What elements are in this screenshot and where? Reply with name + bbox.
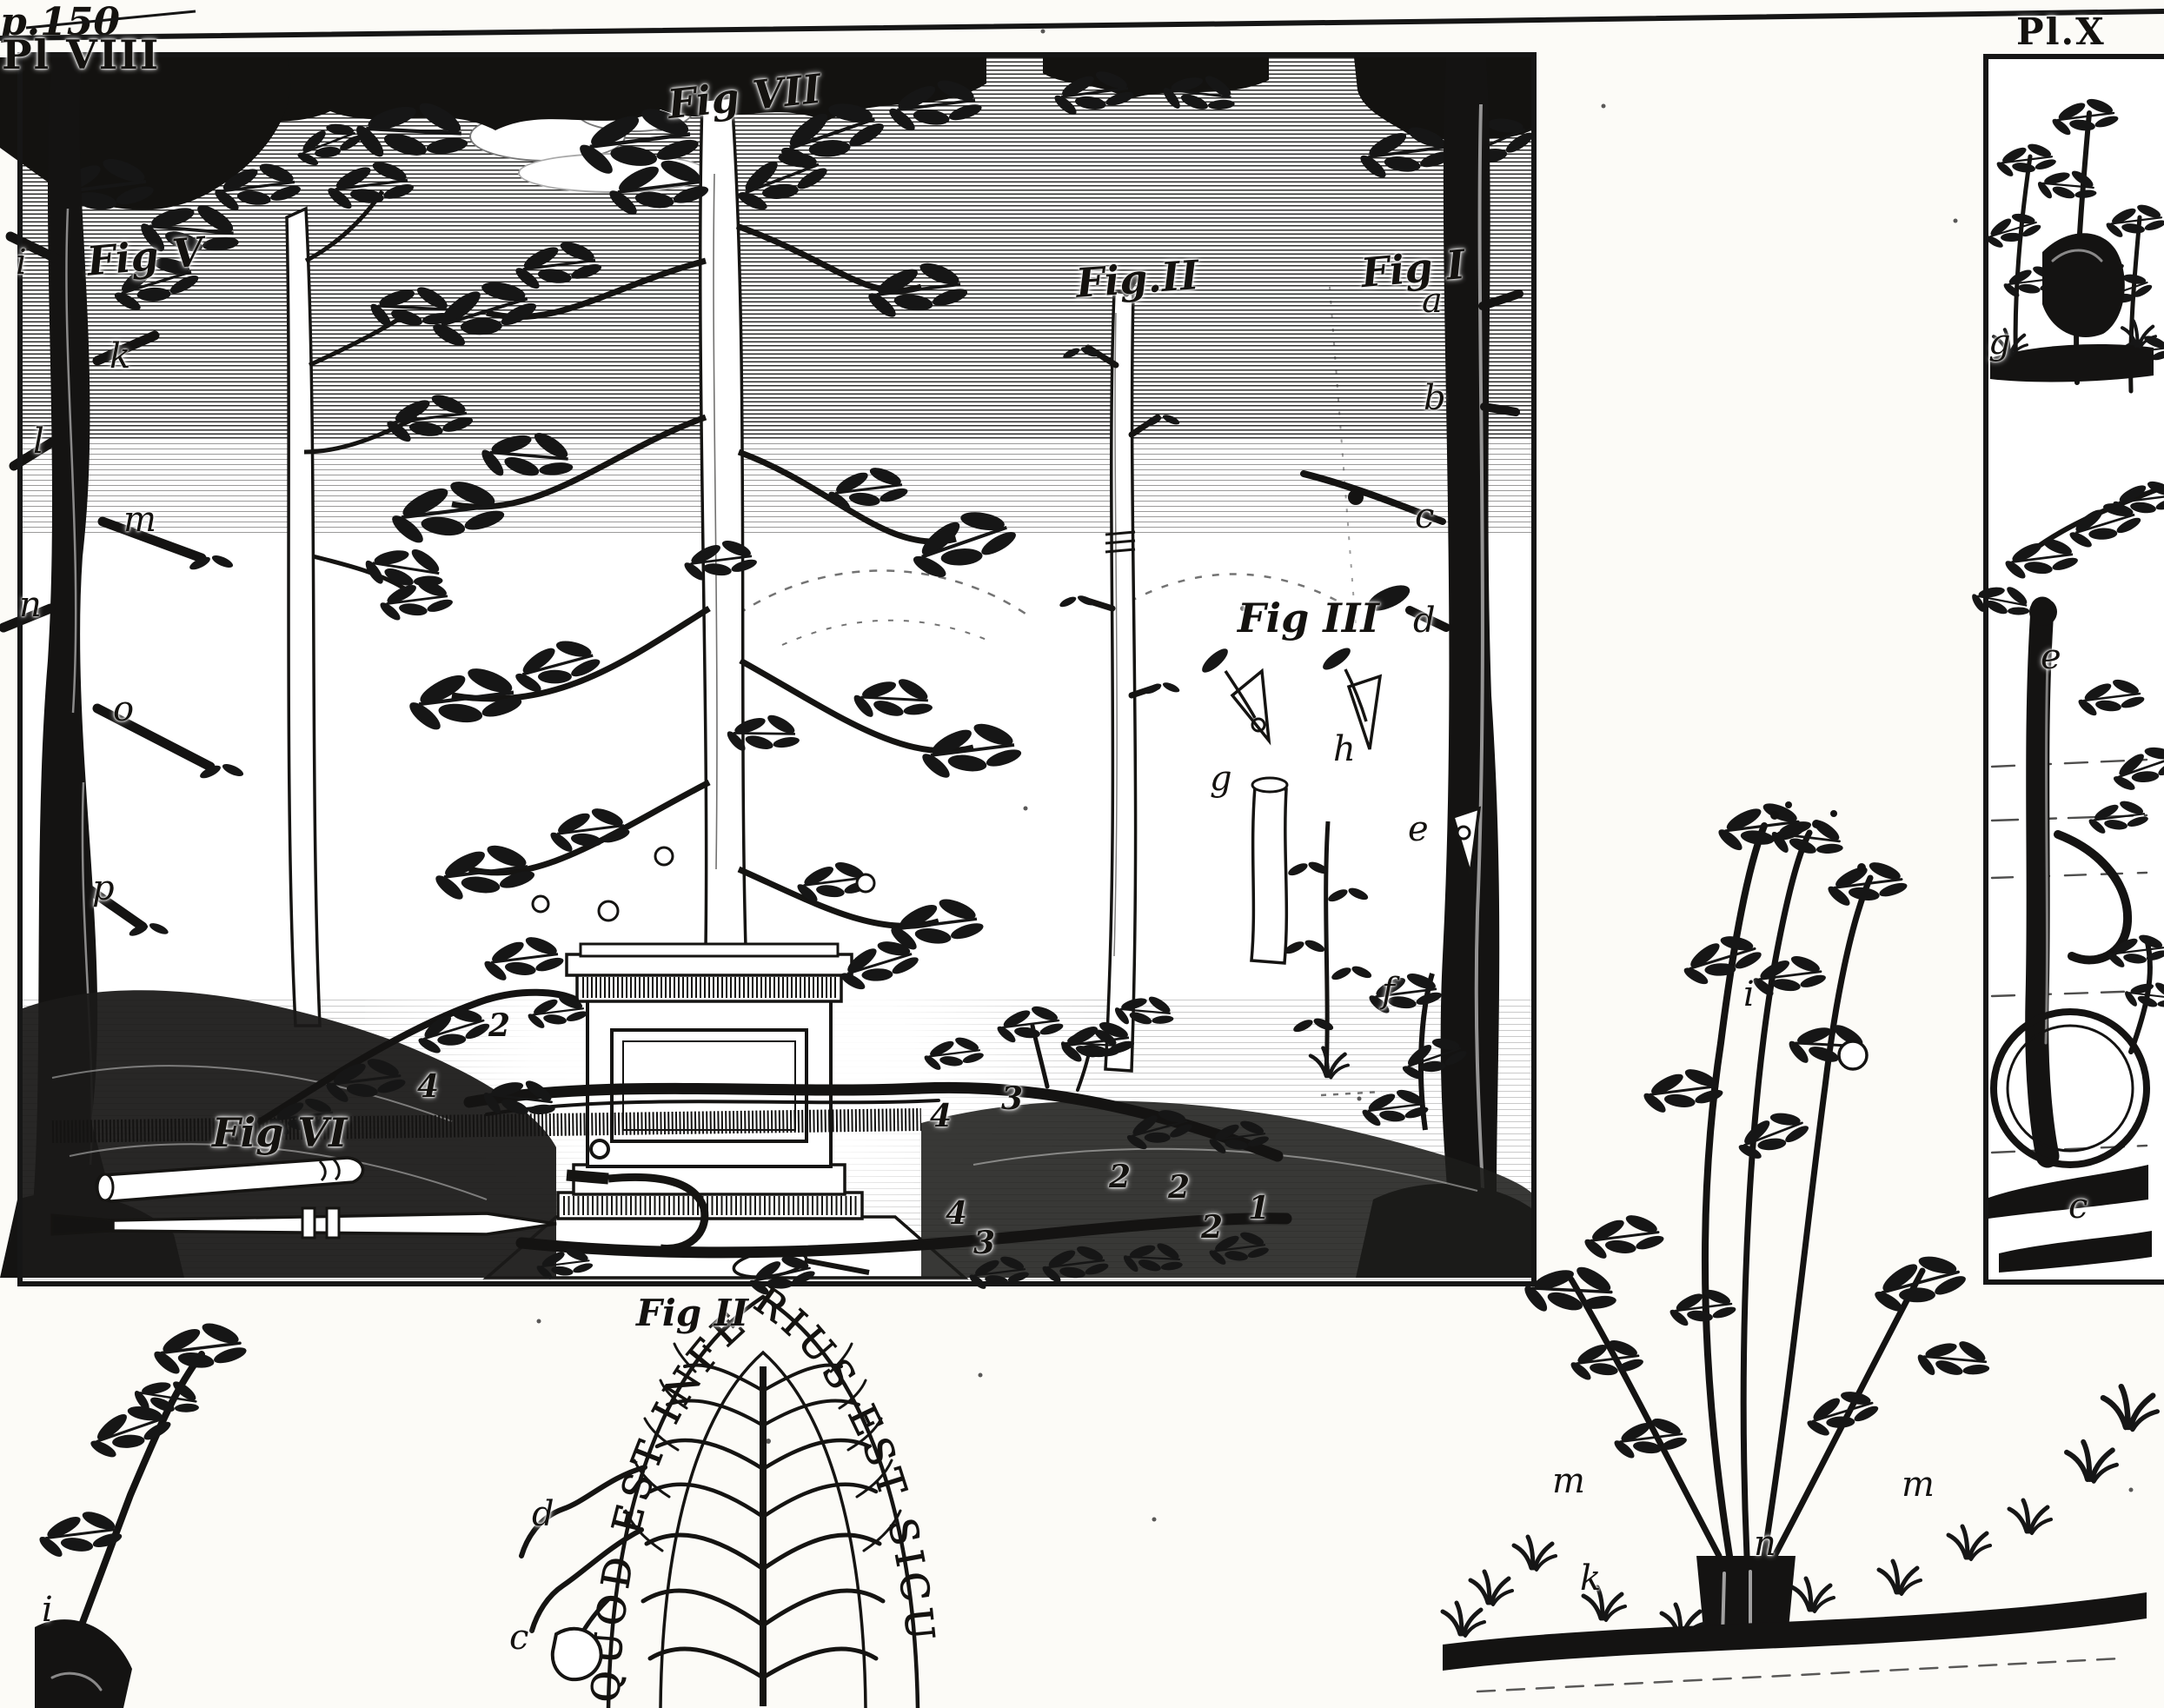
callout-b: b [1424,381,1446,415]
plx-mid-branch [1966,478,2164,628]
callout-i: i [16,245,27,280]
emblem-fig2-label: Fig II [636,1295,748,1332]
fig3-scions [1198,644,1380,1078]
plx-callout-e: e [2041,640,2061,675]
fig3-label: Fig III [1238,598,1379,638]
page-top-rule [0,11,2164,38]
number-1: 1 [1248,1193,1270,1224]
shrub-callout-k: k [1580,1561,1601,1596]
plate-number-left: Pl VIII [2,35,160,75]
callout-o: o [113,692,134,727]
callout-p: p [92,871,115,906]
fig6-label: Fig VI [212,1113,348,1153]
emblem-fig2: QUOD EST INFERIUS EST SICU [521,1279,943,1708]
callout-k: k [110,339,130,374]
shrub-callout-m-left: m [1552,1464,1585,1499]
plx-callout-c: c [2068,1189,2088,1224]
fig2-top-label: Fig.II [1075,255,1200,303]
fig5-label: Fig V [85,231,205,282]
number-2: 2 [1109,1161,1131,1193]
number-2: 2 [488,1010,510,1041]
number-3: 3 [1001,1083,1023,1114]
callout-d: d [1413,603,1436,638]
callout-m: m [123,502,156,537]
shrub-callout-i: i [1743,977,1755,1012]
bottom-left-sprig [35,1319,249,1708]
fig2-tree [1059,276,1181,1071]
number-2: 2 [1168,1172,1190,1203]
number-4: 4 [930,1100,952,1132]
engraving-artwork: QUOD EST INFERIUS EST SICU [0,0,2164,1708]
plx-callout-g: g [1988,325,2011,360]
callout-n: n [19,588,42,622]
callout-a: a [1422,283,1443,318]
callout-f: f [1382,974,1395,1008]
fig1-label: Fig I [1359,244,1466,293]
number-2: 2 [1201,1212,1223,1243]
callout-g: g [1210,761,1232,796]
sprig-callout-i: i [42,1592,53,1627]
plx-layer-stem [1988,598,2164,1273]
callout-e: e [1408,812,1429,847]
shrub-callout-n: n [1754,1526,1776,1561]
emblem-callout-d: d [532,1497,554,1532]
callout-c: c [1415,499,1434,534]
plate-number-right: Pl.X [2016,14,2106,50]
callout-h: h [1333,732,1356,767]
number-4: 4 [417,1071,439,1102]
fig7-tree [358,97,1025,954]
number-4: 4 [946,1198,967,1229]
callout-l: l [33,424,44,459]
scanned-engraving-page: QUOD EST INFERIUS EST SICU [0,0,2164,1708]
number-3: 3 [973,1227,995,1259]
shrub-callout-m-right: m [1902,1467,1935,1502]
emblem-callout-c: c [509,1620,528,1655]
